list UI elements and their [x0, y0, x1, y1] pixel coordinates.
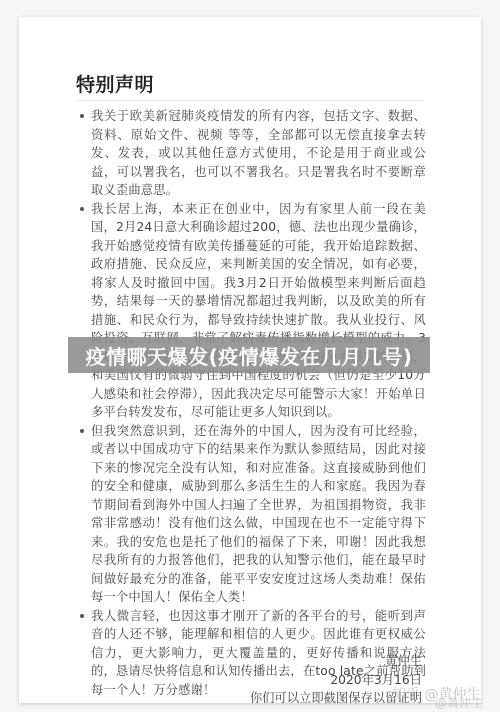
headline-banner: 疫情哪天爆发(疫情爆发在几月几号) — [68, 337, 430, 373]
list-item: 我长居上海，本来正在创业中，因为有家里人前一段在美国，2月24日意大利确诊超过2… — [76, 200, 426, 422]
list-item-text: 但我突然意识到，还在海外的中国人，因为没有可比经验，或者以中国成功守下的结果来作… — [91, 424, 426, 605]
weibo-watermark: @黄仲生 — [435, 694, 483, 711]
bullet-icon — [80, 614, 84, 618]
bullet-icon — [80, 429, 84, 433]
list-item: 我关于欧美新冠肺炎疫情发的所有内容，包括文字、数据、资料、原始文件、视频 等等，… — [76, 107, 426, 200]
list-item: 但我突然意识到，还在海外的中国人，因为没有可比经验，或者以中国成功守下的结果来作… — [76, 422, 426, 607]
bullet-icon — [80, 207, 84, 211]
title-divider — [76, 100, 424, 101]
signature-name: 黄仲生 — [385, 652, 422, 671]
bullet-icon — [80, 114, 84, 118]
list-item-text: 我长居上海，本来正在创业中，因为有家里人前一段在美国，2月24日意大利确诊超过2… — [91, 202, 426, 420]
headline-text: 疫情哪天爆发(疫情爆发在几月几号) — [86, 341, 413, 370]
list-item-text: 我关于欧美新冠肺炎疫情发的所有内容，包括文字、数据、资料、原始文件、视频 等等，… — [91, 109, 426, 197]
document-title: 特别声明 — [76, 70, 154, 97]
statement-list: 我关于欧美新冠肺炎疫情发的所有内容，包括文字、数据、资料、原始文件、视频 等等，… — [76, 107, 426, 699]
